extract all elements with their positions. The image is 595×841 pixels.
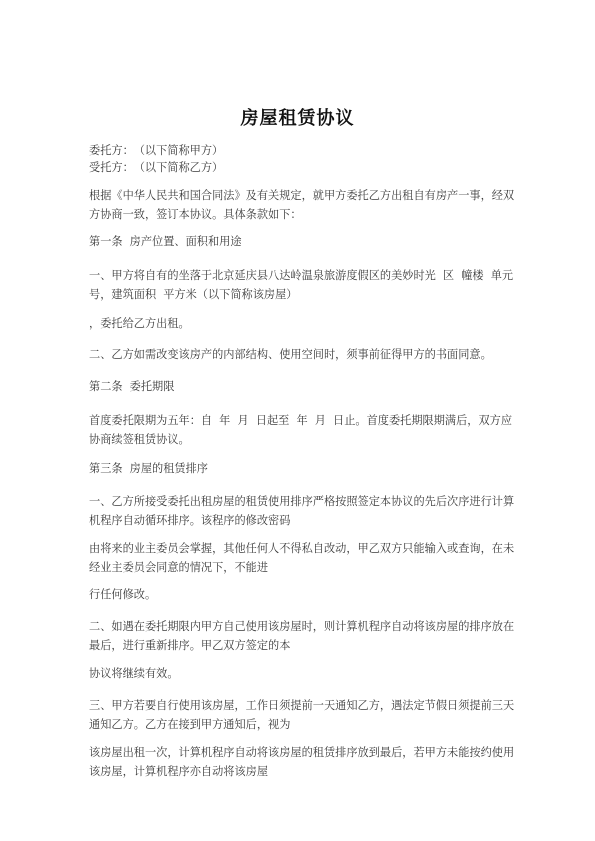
article-3-clause-1-cont: 由将来的业主委员会掌握，其他任何人不得私自改动，甲乙双方只能输入或查询，在未经业… — [89, 539, 519, 577]
article-3-clause-1: 一、乙方所接受委托出租房屋的租赁使用排序严格按照签定本协议的先后次序进行计算机程… — [89, 492, 519, 530]
article-1-clause-2: 二、乙方如需改变该房产的内部结构、使用空间时，须事前征得甲方的书面同意。 — [89, 345, 519, 364]
article-1-clause-1: 一、甲方将自有的坐落于北京延庆县八达岭温泉旅游度假区的美妙时光 区 幢楼 单元 … — [89, 266, 519, 304]
party-b-line: 受托方： （以下简称乙方） — [89, 158, 519, 177]
article-2-heading: 第二条 委托期限 — [89, 377, 519, 396]
article-3-clause-2: 二、如遇在委托期限内甲方自己使用该房屋时，则计算机程序自动将该房屋的排序放在最后… — [89, 617, 519, 655]
article-3-clause-3: 三、甲方若要自行使用该房屋，工作日须提前一天通知乙方，遇法定节假日须提前三天通知… — [89, 696, 519, 734]
document-title: 房屋租赁协议 — [0, 104, 595, 130]
article-1-heading: 第一条 房产位置、面积和用途 — [89, 232, 519, 251]
preamble-paragraph: 根据《中华人民共和国合同法》及有关规定，就甲方委托乙方出租自有房产一事，经双方协… — [89, 186, 519, 224]
article-3-clause-1-end: 行任何修改。 — [89, 585, 519, 604]
article-3-clause-2-end: 协议将继续有效。 — [89, 664, 519, 683]
article-2-clause: 首度委托限期为五年：自 年 月 日起至 年 月 日止。首度委托期限期满后，双方应… — [89, 411, 519, 449]
article-1-clause-1-cont: ，委托给乙方出租。 — [89, 314, 519, 333]
article-3-heading: 第三条 房屋的租赁排序 — [89, 459, 519, 478]
article-3-clause-3-cont: 该房屋出租一次，计算机程序自动将该房屋的租赁排序放到最后，若甲方未能按约使用该房… — [89, 743, 519, 781]
